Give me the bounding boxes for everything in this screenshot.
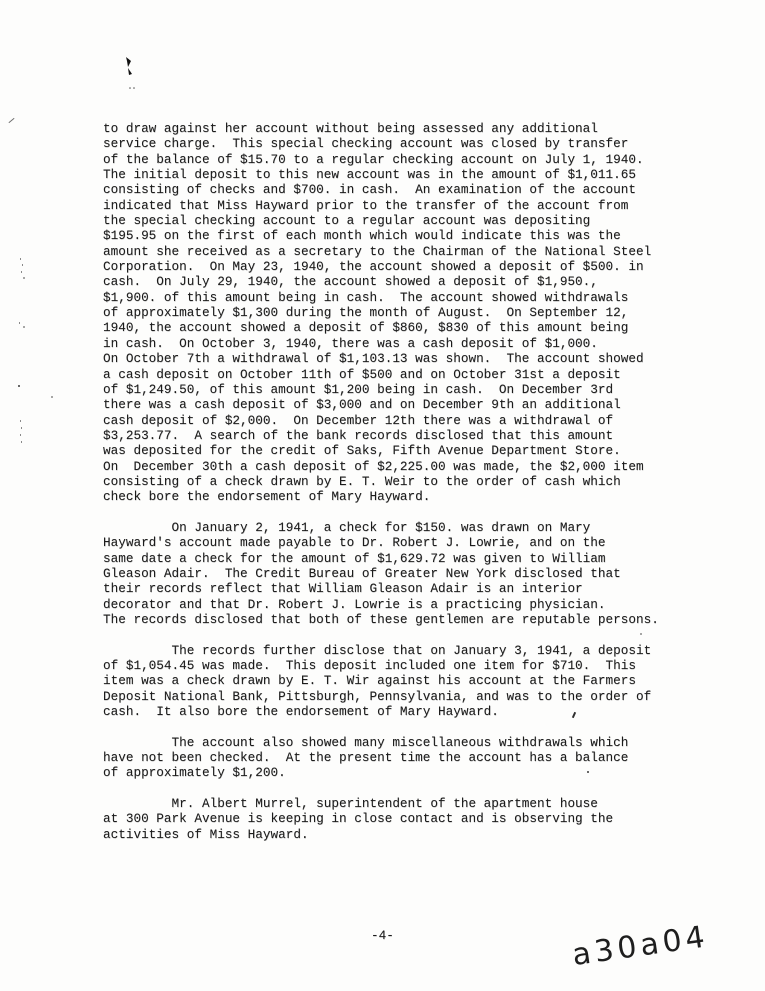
document-text: to draw against her account without bein… [103,121,659,842]
paragraph: Mr. Albert Murrel, superintendent of the… [103,796,659,842]
ink-mark [120,55,138,91]
scan-speck [23,326,25,328]
scan-speck [23,277,25,279]
scan-speck [20,258,21,260]
scan-speck [20,420,21,422]
scan-speck [21,427,22,429]
paragraph: On January 2, 1941, a check for $150. wa… [103,520,659,627]
scan-speck [19,322,20,324]
page-number: -4- [371,928,394,943]
paragraph: The account also showed many miscellaneo… [103,735,659,781]
scan-speck [8,118,14,123]
handwritten-note: a30a04 [570,919,711,973]
scan-speck [18,385,20,387]
scan-speck [21,271,22,273]
scan-speck [22,264,23,266]
scan-speck [21,441,22,443]
document-page: to draw against her account without bein… [0,0,765,991]
scan-speck [20,434,21,436]
scan-speck [51,396,53,398]
paragraph: to draw against her account without bein… [103,121,659,505]
paragraph: The records further disclose that on Jan… [103,643,659,720]
